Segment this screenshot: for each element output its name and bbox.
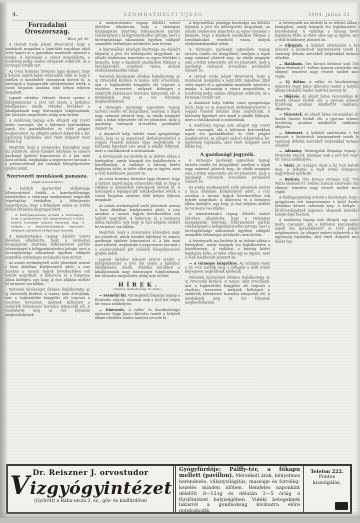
text-paragraph: Megirtuk, hogy a szomszédos községben na… <box>5 145 90 170</box>
text-paragraph: Az orosz kormány hivatalos lapja elismer… <box>5 69 90 94</box>
text-paragraph: A vármegye gazdasági egyesülete tegnap t… <box>185 48 270 73</box>
ad-middle-cell: Gyógyfürdője: Pálffy-tér, a főkapu melle… <box>176 466 304 512</box>
text-paragraph: A fürdőigazgatóság értesiti a közönséget… <box>11 213 84 232</box>
ad-title: Vizgyógyintézete <box>10 477 171 498</box>
text-paragraph: A törvényszék ma hirdette ki az itéletet… <box>95 155 180 176</box>
scan-shadow-top <box>0 0 360 5</box>
text-paragraph: Az aratás eredményéről szóló jelentések … <box>95 204 180 229</box>
advertisement-block: Dr. Reiszner J. orvostudor Vizgyógyintéz… <box>6 464 352 514</box>
issue-date: 1904. julius 31. <box>308 13 352 18</box>
text-paragraph: A vármegye gazdasági egyesülete tegnap t… <box>185 159 270 184</box>
text-paragraph: Megirtuk, hogy a szomszédos községben na… <box>95 231 180 256</box>
text-paragraph: A távirati iroda jelenti Pétervárról, ho… <box>5 43 90 68</box>
text-columns: Forradalmi Oroszország.Bécs, jul. 30.A t… <box>5 21 360 461</box>
ink-stamp <box>335 502 348 510</box>
text-paragraph: A minisztertanács tegnap délelőtt tartot… <box>185 212 270 237</box>
section-heading-note: (Telefon: szerkesztőség 18. szám.) <box>95 287 180 291</box>
text-paragraph: A minisztertanács tegnap délelőtt tartot… <box>5 234 90 259</box>
ad-note: Pontos kiszolgálás. <box>306 475 348 487</box>
text-paragraph: A törvényszék ma hirdette ki az itéletet… <box>275 21 360 42</box>
news-brief: — Adomány. Vármegyénk főispánja tegnap a… <box>275 149 360 162</box>
text-paragraph: A vármegye gazdasági egyesülete tegnap t… <box>95 105 180 130</box>
subheadline: Szervezett munkások panasza. <box>5 174 90 179</box>
text-paragraph: A helybeli ipartestület elöljárósága föl… <box>5 187 90 212</box>
newspaper-page: 4. SZOMBATHELYI UJSÁG 1904. julius 31. F… <box>0 0 360 518</box>
text-paragraph: Az aratás eredményéről szóló jelentések … <box>185 185 270 210</box>
page-number: 4. <box>12 12 19 18</box>
masthead-title: SZOMBATHELYI UJSÁG <box>124 12 203 18</box>
text-paragraph: Az orosz kormány hivatalos lapja elismer… <box>95 177 180 202</box>
article-dateline: Bécs, jul. 30. <box>5 37 89 41</box>
news-brief: — Tüzesetek. Az elmult héten városunkban… <box>275 113 360 130</box>
news-brief: — Személyi hir. Vármegyénk főispánja teg… <box>95 294 180 307</box>
section-heading-hirek: HÍREK. <box>95 283 180 287</box>
text-paragraph: Városunk közönségét élénken foglalkoztat… <box>5 288 90 317</box>
text-paragraph: A fürdőigazgatóság értesiti a közönséget… <box>275 196 360 217</box>
text-column-1: Forradalmi Oroszország.Bécs, jul. 30.A t… <box>5 21 90 461</box>
news-brief: — A vármegye közgyülése. Az országos vás… <box>185 261 270 274</box>
text-paragraph: A dunántuli helyi érdekü vasut igazgatós… <box>185 101 270 122</box>
news-brief: — Betörés. Özv. Kovács Istvánné szül. Tó… <box>275 177 360 194</box>
news-brief: — Halálozás. Özv. Kovács Istvánné szül. … <box>275 62 360 79</box>
article-headline: Forradalmi Oroszország. <box>5 22 90 35</box>
news-brief: — Időjárás. Az elmult héten városunkban … <box>275 94 360 111</box>
ad-doctor-name: Dr. Reiszner J. orvostudor <box>10 468 171 477</box>
news-brief: — Eljegyzés. A helybeli szintársulat e h… <box>275 44 360 61</box>
text-paragraph: Lapunk zártakor érkezett távirat szerint… <box>95 257 180 278</box>
ad-right-cell: Telefon 222. Pontos kiszolgálás. <box>304 466 350 512</box>
text-paragraph: A rendőrség tegnap este elfogott egy rov… <box>275 218 360 243</box>
text-column-4: A törvényszék ma hirdette ki az itéletet… <box>275 21 360 461</box>
text-paragraph: Az aratás eredményéről szóló jelentések … <box>5 261 90 286</box>
text-paragraph: Lapunk zártakor érkezett távirat szerint… <box>5 96 90 117</box>
news-brief: — Vásár. Az országos vásár e hó 9-én tar… <box>275 163 360 176</box>
text-paragraph: A rendőrség tegnap este elfogott egy rov… <box>5 119 90 144</box>
text-paragraph: A képviselőház pénzügyi bizottsága ma dé… <box>185 21 270 46</box>
text-paragraph: Városunk közönségét élénken foglalkoztat… <box>95 74 180 103</box>
text-paragraph: A dunántuli helyi érdekü vasut igazgatós… <box>95 132 180 153</box>
news-brief: — Uj doktor. A vallás- és közoktatásügyi… <box>275 80 360 93</box>
ad-left-cell: Dr. Reiszner J. orvostudor Vizgyógyintéz… <box>8 466 176 512</box>
text-paragraph: A minisztertanács tegnap délelőtt tartot… <box>95 21 180 46</box>
article-subheadline: A gazdasági jegyzék. <box>185 152 270 157</box>
text-paragraph: A rendőrség tegnap este elfogott egy rov… <box>185 124 270 149</box>
text-column-3: A képviselőház pénzügyi bizottsága ma dé… <box>185 21 270 461</box>
ad-address: (Győrött) a Rába-utcza 3. sz., gőz- és k… <box>10 499 171 504</box>
text-paragraph: A képviselőház pénzügyi bizottsága ma dé… <box>95 48 180 73</box>
news-brief: — Kinevezés. A vallás- és közoktatásügyi… <box>95 308 180 321</box>
text-column-2: A minisztertanács tegnap délelőtt tartot… <box>95 21 180 461</box>
news-brief: — Szinészet. A helybeli szintársulat e h… <box>275 131 360 148</box>
subheadline-note: (Saját tudósitónktól.) <box>5 180 90 184</box>
text-paragraph: A távirati iroda jelenti Pétervárról, ho… <box>185 74 270 99</box>
text-paragraph: Városunk közönségét élénken foglalkoztat… <box>185 275 270 304</box>
page-header: 4. SZOMBATHELYI UJSÁG 1904. julius 31. <box>12 6 352 21</box>
text-paragraph: A törvényszék ma hirdette ki az itéletet… <box>185 239 270 260</box>
